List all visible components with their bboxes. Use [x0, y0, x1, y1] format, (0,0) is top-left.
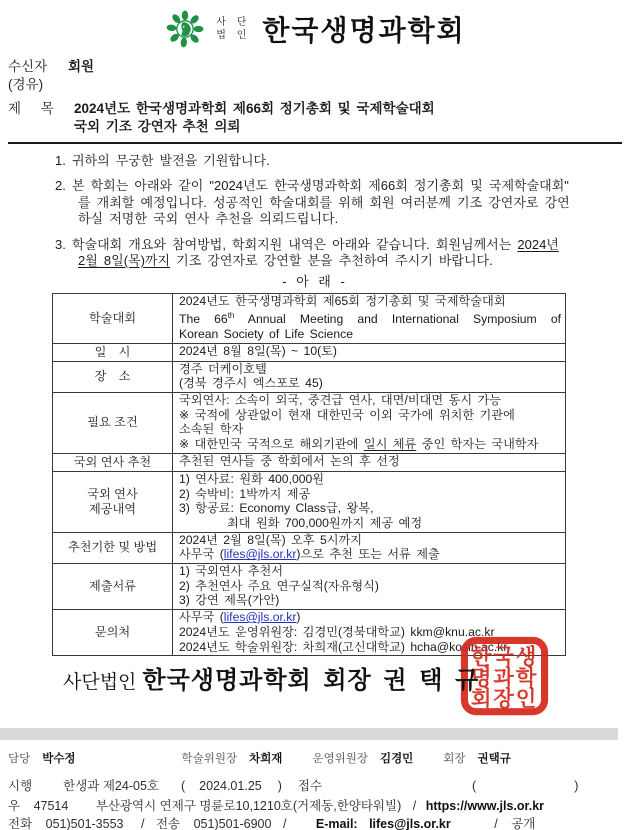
- text-line: 2024년 2월 8일(목) 오후 5시까지: [179, 533, 561, 548]
- row-content: 2024년도 한국생명과학회 제65회 정기총회 및 국제학술대회The 66t…: [173, 294, 566, 343]
- doc-number: 한생과 제24-05호: [63, 776, 159, 794]
- row-content: 경주 더케이호텔(경북 경주시 엑스포로 45): [173, 361, 566, 392]
- signature-main: 한국생명과학회 회장 권 택 규: [142, 667, 479, 694]
- tel-label: 전화: [8, 817, 32, 830]
- row-content: 1) 국외연사 추천서2) 추천연사 주요 연구실적(자유형식)3) 강연 제목…: [173, 564, 566, 610]
- text-line: Korean Society of Life Science: [179, 327, 561, 342]
- website-url: https://www.jls.or.kr: [426, 799, 544, 813]
- row-label: 추천기한 및 방법: [53, 532, 173, 563]
- email-address: lifes@jls.or.kr: [369, 817, 451, 830]
- row-label-line: 국외 연사: [55, 487, 170, 502]
- table-row: 추천기한 및 방법2024년 2월 8일(목) 오후 5시까지사무국 (life…: [53, 532, 566, 563]
- staff-pair: 운영위원장김경민: [312, 750, 413, 766]
- document-page: 사 단 법 인 한국생명과학회 수신자 회원 (경유) 제 목 2024년도 한…: [0, 0, 630, 830]
- table-row: 국외 연사 추천추천된 연사들 중 학회에서 논의 후 선정: [53, 453, 566, 471]
- table-row: 장 소경주 더케이호텔(경북 경주시 엑스포로 45): [53, 361, 566, 392]
- text-segment: 일시 체류: [364, 437, 416, 451]
- text-segment: 하실 저명한 국외 연사 추천을 의뢰드립니다.: [78, 211, 338, 226]
- footer-contact-row: 전화 051)501-3553 / 전송 051)501-6900 / E-ma…: [8, 814, 535, 830]
- issue-label: 시행: [8, 776, 32, 794]
- footer-divider-bar: [0, 728, 618, 740]
- staff-pair: 학술위원장차희재: [182, 750, 283, 766]
- footer-address-row: 우 47514 부산광역시 연제구 명륜로10,1210호(거제동,한양타워빌)…: [8, 796, 544, 814]
- text-line: 추천된 연사들 중 학회에서 논의 후 선정: [179, 454, 561, 469]
- text-segment: 2) 숙박비: 1박까지 제공: [179, 487, 310, 501]
- text-segment: 국외연사: 소속이 외국, 중견급 연사, 대면/비대면 동시 가능: [179, 393, 501, 407]
- staff-pair: 회장권택규: [443, 750, 511, 766]
- text-line: 를 개최할 예정입니다. 성공적인 학술대회를 위해 회원 여러분께 기조 강연…: [78, 195, 620, 211]
- text-segment: 2024년도 운영위원장: 김경민(경북대학교) kkm@knu.ac.kr: [179, 625, 495, 639]
- slash: /: [494, 817, 497, 830]
- paren-open: (: [181, 779, 185, 793]
- text-line: ※ 대한민국 국적으로 해외기관에 일시 체류 중인 학자는 국내학자: [179, 437, 561, 452]
- text-line: 1) 연사료: 원화 400,000원: [179, 472, 561, 487]
- staff-pair: 담당박수정: [8, 750, 76, 766]
- via-label: (경유): [8, 76, 622, 94]
- text-line: (경북 경주시 엑스포로 45): [179, 376, 561, 391]
- text-segment: Annual Meeting and International Symposi…: [234, 312, 561, 326]
- zip-code: 47514: [34, 799, 69, 813]
- subject-line1: 2024년도 한국생명과학회 제66회 정기총회 및 국제학술대회: [74, 100, 435, 118]
- text-line: 2024년도 한국생명과학회 제65회 정기총회 및 국제학술대회: [179, 294, 561, 309]
- text-segment: 2. 본 학회는 아래와 같이 "2024년도 한국생명과학회 제66회 정기총…: [55, 178, 569, 193]
- row-content: 1) 연사료: 원화 400,000원2) 숙박비: 1박까지 제공3) 항공료…: [173, 471, 566, 532]
- paren-close: ): [574, 779, 578, 793]
- below-heading: - 아 래 -: [0, 271, 630, 290]
- table-row: 제출서류1) 국외연사 추천서2) 추천연사 주요 연구실적(자유형식)3) 강…: [53, 564, 566, 610]
- row-label-line: 문의처: [55, 625, 170, 640]
- paren-open: (: [472, 779, 476, 793]
- receipt-label: 접수: [298, 776, 322, 794]
- zip-label: 우: [8, 799, 20, 813]
- text-segment: 2024년: [517, 237, 558, 252]
- text-segment: 중인 학자는 국내학자: [416, 437, 538, 451]
- text-segment: 3. 학술대회 개요와 참여방법, 학회지원 내역은 아래와 같습니다. 회원님…: [55, 237, 517, 252]
- text-line: 3) 강연 제목(가안): [179, 593, 561, 608]
- row-label: 문의처: [53, 610, 173, 656]
- text-segment: (경북 경주시 엑스포로 45): [179, 376, 323, 390]
- table-row: 일 시2024년 8월 8일(목) ~ 10(토): [53, 343, 566, 361]
- text-line: 사무국 (lifes@jls.or.kr): [179, 610, 561, 625]
- text-segment: 추천된 연사들 중 학회에서 논의 후 선정: [179, 454, 400, 468]
- table-row: 필요 조건국외연사: 소속이 외국, 중견급 연사, 대면/비대면 동시 가능※…: [53, 393, 566, 454]
- text-segment: 기조 강연자로 강연할 분을 추천하여 주시기 바랍니다.: [170, 253, 493, 268]
- row-label: 학술대회: [53, 294, 173, 343]
- divider-rule: [8, 142, 622, 144]
- text-segment: 1) 연사료: 원화 400,000원: [179, 472, 324, 486]
- text-line: 하실 저명한 국외 연사 추천을 의뢰드립니다.: [78, 211, 620, 227]
- text-segment: 최대 원화 700,000원까지 제공 예정: [227, 516, 422, 530]
- text-line: ※ 국적에 상관없이 현재 대한민국 이외 국가에 위치한 기관에: [179, 408, 561, 423]
- body-text: 1. 귀하의 무궁한 발전을 기원합니다. 2. 본 학회는 아래와 같이 "2…: [55, 153, 620, 269]
- row-label-line: 제공내역: [55, 502, 170, 517]
- issue-date: 2024.01.25: [199, 779, 262, 793]
- slash: /: [413, 799, 416, 813]
- text-line: 2024년 8월 8일(목) ~ 10(토): [179, 344, 561, 359]
- staff-label: 담당: [8, 753, 30, 765]
- footer-doc-row: 시행 한생과 제24-05호 ( 2024.01.25 ) 접수 ( ): [8, 776, 578, 794]
- row-label-line: 장 소: [55, 369, 170, 384]
- text-segment: 2) 추천연사 주요 연구실적(자유형식): [179, 579, 379, 593]
- text-segment: 1) 국외연사 추천서: [179, 564, 283, 578]
- paragraph-1: 1. 귀하의 무궁한 발전을 기원합니다.: [55, 153, 620, 169]
- text-segment: The 66: [179, 312, 228, 326]
- staff-name: 박수정: [42, 753, 75, 765]
- row-label: 제출서류: [53, 564, 173, 610]
- text-line: 2) 숙박비: 1박까지 제공: [179, 487, 561, 502]
- details-table: 학술대회2024년도 한국생명과학회 제65회 정기총회 및 국제학술대회The…: [52, 293, 566, 656]
- text-segment: 사무국 (: [179, 610, 224, 624]
- text-line: 2월 8일(목)까지 기조 강연자로 강연할 분을 추천하여 주시기 바랍니다.: [78, 253, 620, 269]
- assoc-line1: 사 단: [216, 16, 250, 29]
- paren-close: ): [278, 779, 282, 793]
- letterhead: 사 단 법 인 한국생명과학회: [0, 0, 630, 50]
- email-link[interactable]: lifes@jls.or.kr: [224, 547, 297, 561]
- row-label: 필요 조건: [53, 393, 173, 454]
- signature-line: 사단법인한국생명과학회 회장 권 택 규: [63, 660, 479, 695]
- text-line: 3) 항공료: Economy Class급, 왕복,: [179, 501, 561, 516]
- text-line: 3. 학술대회 개요와 참여방법, 학회지원 내역은 아래와 같습니다. 회원님…: [55, 237, 620, 253]
- signature-prefix: 사단법인: [63, 672, 136, 693]
- text-line: The 66th Annual Meeting and Internationa…: [179, 309, 561, 327]
- assoc-line2: 법 인: [216, 29, 250, 42]
- row-label: 일 시: [53, 343, 173, 361]
- fax-label: 전송: [156, 817, 180, 830]
- row-content: 추천된 연사들 중 학회에서 논의 후 선정: [173, 453, 566, 471]
- text-segment: ): [296, 610, 300, 624]
- staff-label: 학술위원장: [182, 753, 238, 765]
- table-row: 학술대회2024년도 한국생명과학회 제65회 정기총회 및 국제학술대회The…: [53, 294, 566, 343]
- paragraph-3: 3. 학술대회 개요와 참여방법, 학회지원 내역은 아래와 같습니다. 회원님…: [55, 237, 620, 270]
- staff-label: 회장: [443, 753, 465, 765]
- slash: /: [141, 817, 144, 830]
- text-segment: ※ 국적에 상관없이 현재 대한민국 이외 국가에 위치한 기관에: [179, 408, 515, 422]
- organization-name: 한국생명과학회: [262, 9, 465, 49]
- row-label-line: 국외 연사 추천: [55, 455, 170, 470]
- row-label-line: 추천기한 및 방법: [55, 540, 170, 555]
- row-label-line: 제출서류: [55, 579, 170, 594]
- association-type: 사 단 법 인: [216, 16, 250, 42]
- row-label: 국외 연사제공내역: [53, 471, 173, 532]
- text-line: 1) 국외연사 추천서: [179, 564, 561, 579]
- text-segment: 2024년 8월 8일(목) ~ 10(토): [179, 344, 337, 358]
- text-segment: ※ 대한민국 국적으로 해외기관에: [179, 437, 364, 451]
- row-content: 2024년 8월 8일(목) ~ 10(토): [173, 343, 566, 361]
- email-label: E-mail:: [316, 817, 358, 830]
- row-content: 국외연사: 소속이 외국, 중견급 연사, 대면/비대면 동시 가능※ 국적에 …: [173, 393, 566, 454]
- email-link[interactable]: lifes@jls.or.kr: [224, 610, 297, 624]
- text-segment: 2024년 2월 8일(목) 오후 5시까지: [179, 533, 362, 547]
- row-label-line: 일 시: [55, 345, 170, 360]
- text-segment: 소속된 학자: [179, 422, 243, 436]
- row-label-line: 학술대회: [55, 311, 170, 326]
- paragraph-2: 2. 본 학회는 아래와 같이 "2024년도 한국생명과학회 제66회 정기총…: [55, 178, 620, 227]
- text-segment: 를 개최할 예정입니다. 성공적인 학술대회를 위해 회원 여러분께 기조 강연…: [78, 195, 570, 210]
- row-label: 국외 연사 추천: [53, 453, 173, 471]
- footer-staff-row: 담당박수정 학술위원장차희재 운영위원장김경민 회장권택규: [8, 750, 511, 766]
- text-line: 2. 본 학회는 아래와 같이 "2024년도 한국생명과학회 제66회 정기총…: [55, 178, 620, 194]
- recipient-value: 회원: [68, 58, 94, 76]
- text-line: 2) 추천연사 주요 연구실적(자유형식): [179, 579, 561, 594]
- staff-name: 권택규: [478, 753, 511, 765]
- text-segment: )으로 추천 또는 서류 제출: [296, 547, 439, 561]
- staff-label: 운영위원장: [312, 753, 368, 765]
- text-line: 경주 더케이호텔: [179, 362, 561, 377]
- staff-name: 차희재: [249, 753, 282, 765]
- recipient-row: 수신자 회원: [8, 58, 622, 76]
- subject-text: 2024년도 한국생명과학회 제66회 정기총회 및 국제학술대회 국외 기조 …: [74, 100, 435, 135]
- text-segment: 1. 귀하의 무궁한 발전을 기원합니다.: [55, 153, 270, 168]
- recipient-label: 수신자: [8, 58, 68, 76]
- text-segment: 2024년도 한국생명과학회 제65회 정기총회 및 국제학술대회: [179, 294, 506, 308]
- text-line: 1. 귀하의 무궁한 발전을 기원합니다.: [55, 153, 620, 169]
- slash: /: [283, 817, 286, 830]
- tel-number: 051)501-3553: [46, 817, 124, 830]
- table-row: 국외 연사제공내역1) 연사료: 원화 400,000원2) 숙박비: 1박까지…: [53, 471, 566, 532]
- disclosure-label: 공개: [511, 817, 535, 830]
- text-line: 사무국 (lifes@jls.or.kr)으로 추천 또는 서류 제출: [179, 547, 561, 562]
- details-table-body: 학술대회2024년도 한국생명과학회 제65회 정기총회 및 국제학술대회The…: [53, 294, 566, 656]
- text-segment: 경주 더케이호텔: [179, 362, 267, 376]
- subject-line2: 국외 기조 강연자 추천 의뢰: [74, 118, 435, 136]
- address: 부산광역시 연제구 명륜로10,1210호(거제동,한양타워빌): [96, 799, 401, 813]
- row-content: 2024년 2월 8일(목) 오후 5시까지사무국 (lifes@jls.or.…: [173, 532, 566, 563]
- staff-name: 김경민: [380, 753, 413, 765]
- text-segment: 3) 항공료: Economy Class급, 왕복,: [179, 501, 373, 515]
- seal-row-3: 회장인: [471, 686, 538, 712]
- row-label-line: 필요 조건: [55, 415, 170, 430]
- row-label: 장 소: [53, 361, 173, 392]
- text-line: 국외연사: 소속이 외국, 중견급 연사, 대면/비대면 동시 가능: [179, 393, 561, 408]
- subject-row: 제 목 2024년도 한국생명과학회 제66회 정기총회 및 국제학술대회 국외…: [8, 100, 622, 135]
- fax-number: 051)501-6900: [194, 817, 272, 830]
- text-segment: Korean Society of Life Science: [179, 327, 353, 341]
- text-segment: 2월 8일(목)까지: [78, 253, 170, 268]
- text-segment: 3) 강연 제목(가안): [179, 593, 279, 607]
- society-logo-icon: [164, 8, 206, 50]
- document-meta: 수신자 회원 (경유) 제 목 2024년도 한국생명과학회 제66회 정기총회…: [8, 58, 622, 135]
- text-line: 최대 원화 700,000원까지 제공 예정: [179, 516, 561, 531]
- text-segment: 사무국 (: [179, 547, 224, 561]
- text-line: 소속된 학자: [179, 422, 561, 437]
- subject-label: 제 목: [8, 100, 74, 135]
